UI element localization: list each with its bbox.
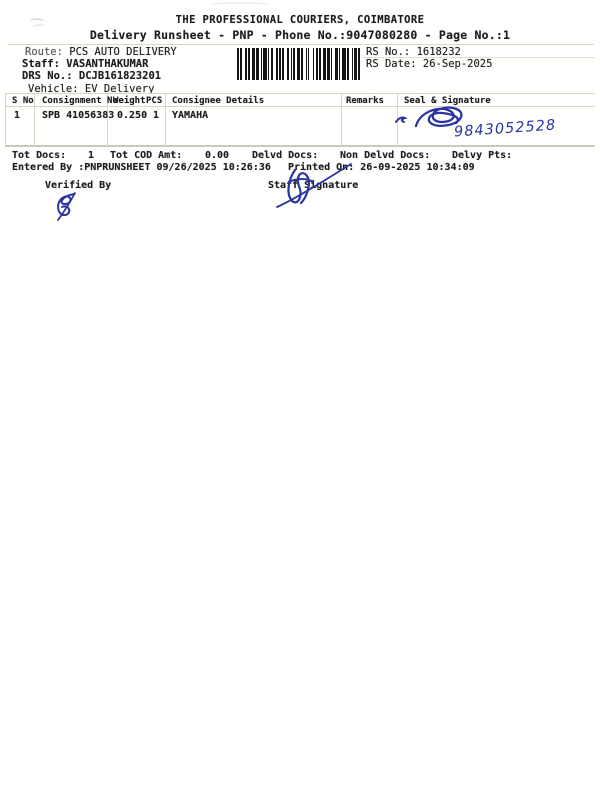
tot-cod-amt-value: 0.00: [205, 150, 229, 161]
entered-by-text: Entered By :PNPRUNSHEET 09/26/2025 10:26…: [12, 162, 271, 173]
table-top-border: [5, 93, 595, 94]
tot-docs-value: 1: [88, 150, 94, 161]
verified-signature-ink-icon: [50, 190, 86, 224]
route-value: PCS AUTO DELIVERY: [69, 46, 176, 58]
table-row-cell-sno: 1: [14, 110, 20, 121]
drs-row: DRS No.: DCJB161823201: [22, 70, 161, 82]
column-header-sno: S No: [12, 96, 34, 106]
staff-row: Staff: VASANTHAKUMAR: [22, 58, 148, 70]
delvy-pts-label: Delvy Pts:: [452, 150, 512, 161]
column-header-consignment-no: Consignment No: [42, 96, 118, 106]
column-header-pcs: PCS: [146, 96, 162, 106]
staff-label: Staff:: [22, 58, 60, 70]
column-separator: [34, 93, 35, 146]
rs-date-label: RS Date:: [366, 58, 417, 70]
staff-value: VASANTHAKUMAR: [66, 58, 148, 70]
staff-signature-ink-icon: [255, 160, 365, 210]
route-row: Route: PCS AUTO DELIVERY: [25, 46, 177, 58]
tot-cod-amt-label: Tot COD Amt:: [110, 150, 182, 161]
document-subtitle: Delivery Runsheet - PNP - Phone No.:9047…: [0, 28, 600, 42]
route-label: Route:: [25, 46, 63, 58]
table-row-cell-pcs: 1: [153, 110, 159, 121]
column-separator: [341, 93, 342, 146]
scan-artifact: [210, 2, 270, 7]
table-row-cell-consignment-no: SPB 41056383: [42, 110, 114, 121]
column-separator: [165, 93, 166, 146]
table-bottom-border: [5, 145, 595, 147]
rs-date-row: RS Date: 26-Sep-2025: [366, 58, 492, 70]
header-divider: [8, 44, 594, 45]
column-header-consignee-details: Consignee Details: [172, 96, 264, 106]
table-header-border: [5, 106, 595, 107]
scanned-document-page: THE PROFESSIONAL COURIERS, COIMBATORE De…: [0, 0, 600, 800]
column-header-remarks: Remarks: [346, 96, 384, 106]
tot-docs-label: Tot Docs:: [12, 150, 66, 161]
barcode-icon: [237, 48, 362, 80]
drs-value: DCJB161823201: [79, 70, 161, 82]
column-header-weight: Weight: [113, 96, 146, 106]
table-row-cell-consignee: YAMAHA: [172, 110, 208, 121]
rs-date-value: 26-Sep-2025: [423, 58, 493, 70]
document-title: THE PROFESSIONAL COURIERS, COIMBATORE: [0, 14, 600, 26]
table-row-cell-weight: 0.250: [117, 110, 147, 121]
drs-label: DRS No.:: [22, 70, 73, 82]
column-separator: [5, 93, 6, 146]
